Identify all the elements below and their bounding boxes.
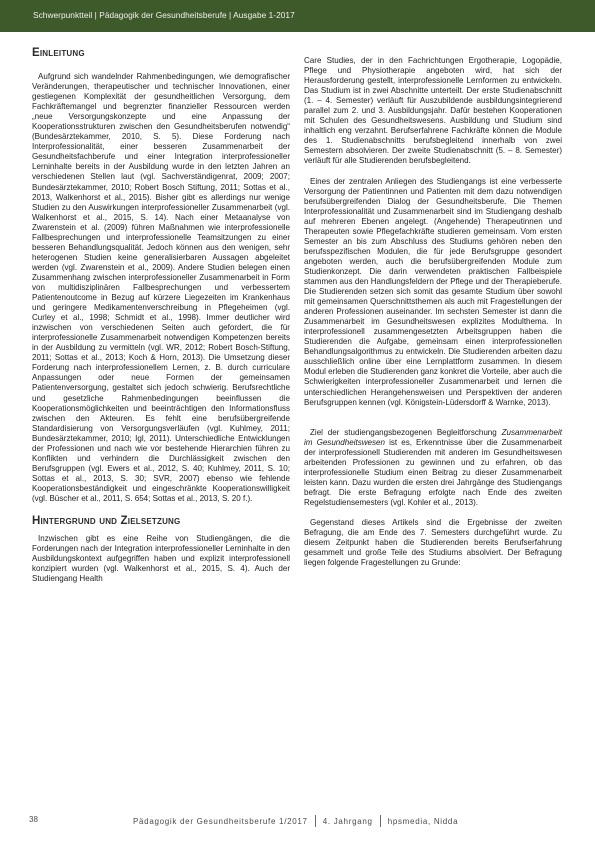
paragraph-introduction: Aufgrund sich wandelnder Rahmenbedingung… [32,72,290,504]
running-header-bar: Schwerpunktteil | Pädagogik der Gesundhe… [0,0,595,32]
left-column: Einleitung Aufgrund sich wandelnder Rahm… [32,46,290,584]
paragraph-study-structure: Care Studies, der in den Fachrichtungen … [304,56,562,167]
running-header-title: Schwerpunktteil | Pädagogik der Gesundhe… [33,10,295,20]
page-footer: 38 Pädagogik der Gesundheitsberufe 1/201… [0,812,595,832]
paragraph-research-aim: Ziel der studiengangsbezogenen Begleitfo… [304,428,562,508]
right-column: Care Studies, der in den Fachrichtungen … [304,56,562,568]
research-aim-text-after: ist es, Erkenntnisse über die Zusammenar… [304,438,562,507]
page-number: 38 [29,815,38,824]
footer-journal: Pädagogik der Gesundheitsberufe 1/2017 [133,817,308,826]
paragraph-background: Inzwischen gibt es eine Reihe von Studie… [32,534,290,584]
footer-volume: 4. Jahrgang [323,817,373,826]
footer-publication-info: Pädagogik der Gesundheitsberufe 1/20174.… [133,815,458,827]
paragraph-central-goals: Eines der zentralen Anliegen des Studien… [304,177,562,408]
paragraph-article-subject: Gegenstand dieses Artikels sind die Erge… [304,518,562,568]
footer-publisher: hpsmedia, Nidda [388,817,459,826]
footer-divider [380,815,381,827]
research-aim-text-before: Ziel der studiengangsbezogenen Begleitfo… [310,428,502,437]
section-heading-einleitung: Einleitung [32,46,290,60]
section-heading-hintergrund: Hintergrund und Zielsetzung [32,514,290,528]
footer-divider [315,815,316,827]
